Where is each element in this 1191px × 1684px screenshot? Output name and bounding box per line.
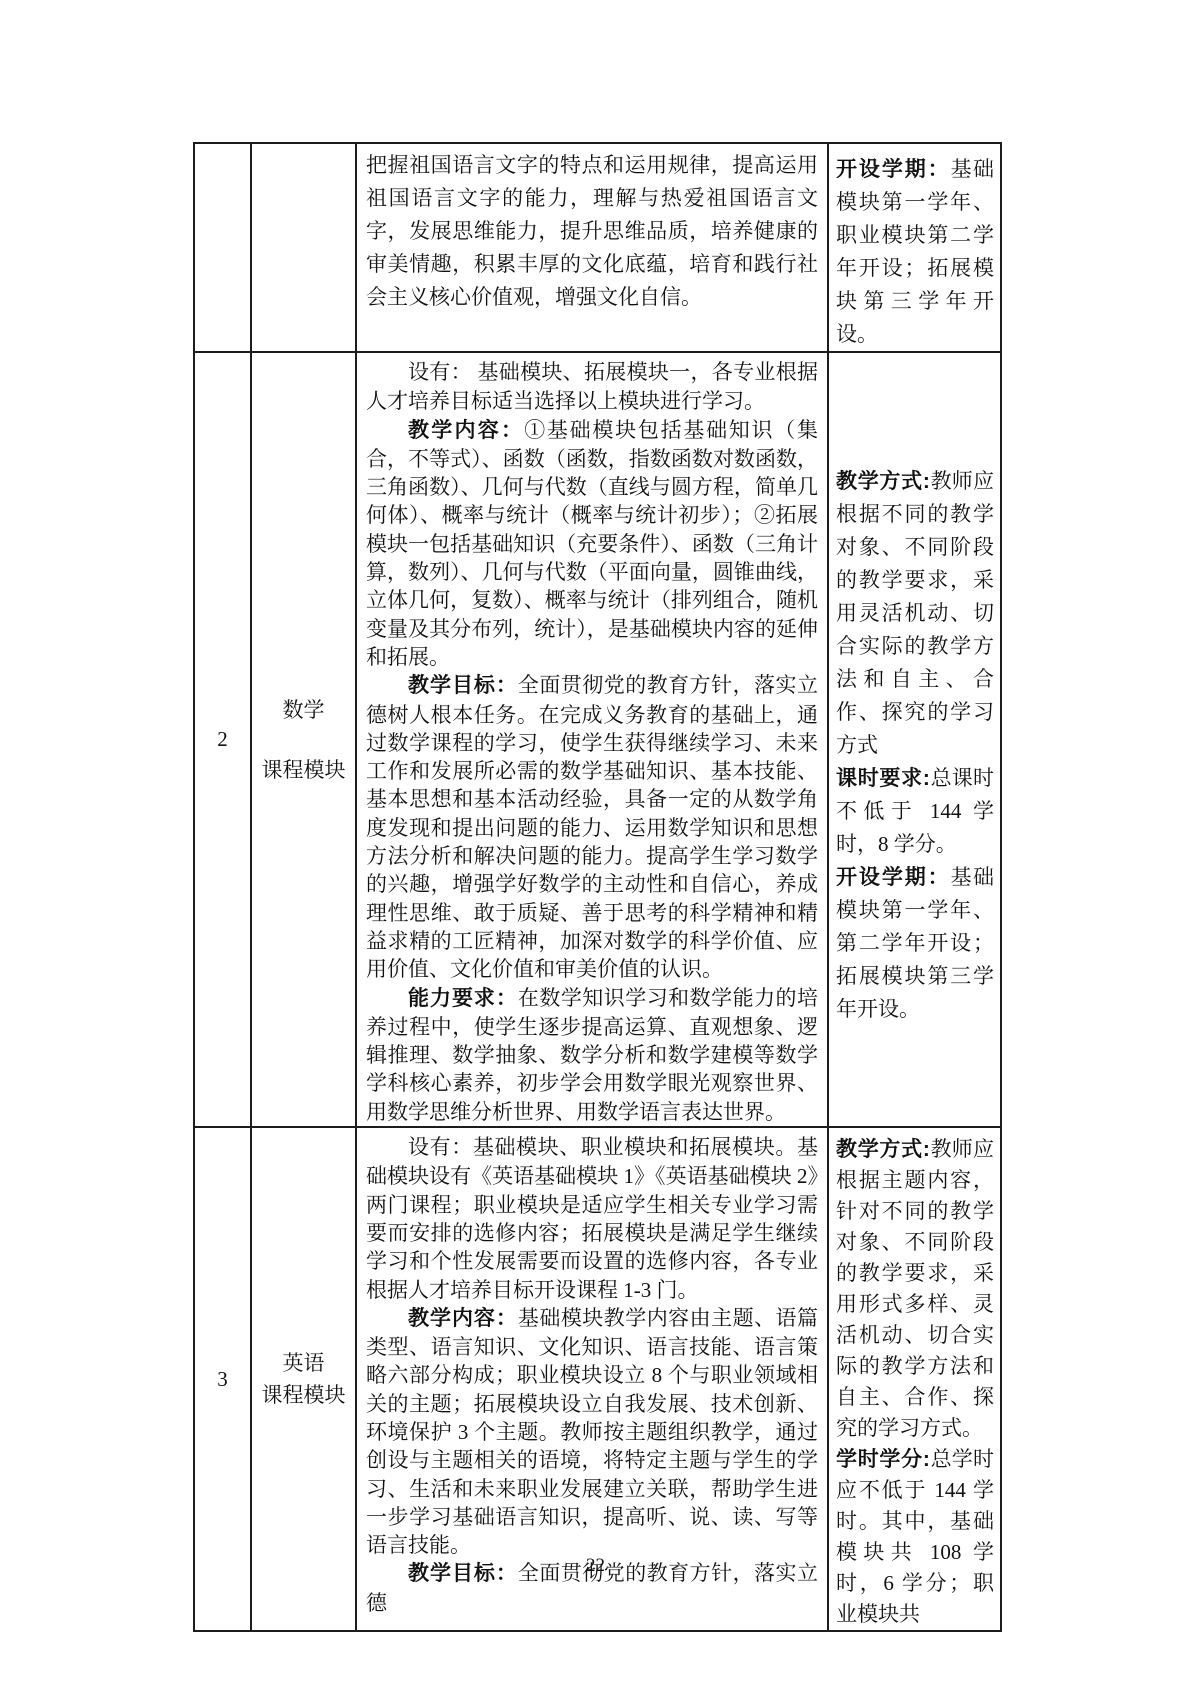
info-block: 学时学分:总学时应不低于 144 学时。其中，基础模块共 108 学时，6 学分… <box>836 1444 994 1630</box>
info-label: 开设学期： <box>836 158 951 181</box>
info-label: 教学方式: <box>836 470 930 493</box>
module-description-cell: 把握祖国语言文字的特点和运用规律，提高运用祖国语言文字的能力，理解与热爱祖国语言… <box>356 143 828 352</box>
paragraph-label: 能力要求： <box>408 987 518 1010</box>
info-label: 教学方式: <box>836 1138 930 1161</box>
module-name-cell <box>251 143 356 352</box>
info-block: 开设学期：基础模块第一学年、第二学年开设；拓展模块第三学年开设。 <box>836 861 994 1026</box>
page-number: 22 <box>0 1555 1191 1577</box>
info-label: 学时学分: <box>836 1448 930 1471</box>
module-name-line: 数学 <box>252 696 355 724</box>
description-paragraph: 能力要求：在数学知识学习和数学能力的培养过程中，使学生逐步提高运算、直观想象、逻… <box>366 984 818 1126</box>
table-row: 2 数学 课程模块 设有： 基础模块、拓展模块一，各专业根据人才培养目标适当选择… <box>194 352 1001 1127</box>
description-paragraph: 教学目标：全面贯彻党的教育方针，落实立德树人根本任务。在完成义务教育的基础上，通… <box>366 671 818 983</box>
course-table: 把握祖国语言文字的特点和运用规律，提高运用祖国语言文字的能力，理解与热爱祖国语言… <box>193 142 1002 1632</box>
module-name-cell: 数学 课程模块 <box>251 352 356 1127</box>
row-number: 3 <box>217 1367 228 1391</box>
info-block: 教学方式:教师应根据不同的教学对象、不同阶段的教学要求，采用灵活机动、切合实际的… <box>836 465 994 762</box>
row-number-cell <box>194 143 251 352</box>
table-row: 把握祖国语言文字的特点和运用规律，提高运用祖国语言文字的能力，理解与热爱祖国语言… <box>194 143 1001 352</box>
description-paragraph: 教学内容：基础模块教学内容由主题、语篇类型、语言知识、文化知识、语言技能、语言策… <box>366 1304 818 1560</box>
info-label: 课时要求: <box>836 767 930 790</box>
info-block: 教学方式:教师应根据主题内容，针对不同的教学对象、不同阶段的教学要求，采用形式多… <box>836 1134 994 1444</box>
description-paragraph: 教学内容：①基础模块包括基础知识（集合，不等式）、函数（函数，指数函数对数函数，… <box>366 416 818 672</box>
row-number: 2 <box>217 727 228 751</box>
module-name-line: 课程模块 <box>252 1381 355 1409</box>
info-text: 总学时应不低于 144 学时。其中，基础模块共 108 学时，6 学分；职业模块… <box>836 1447 994 1626</box>
paragraph-label: 教学目标： <box>408 674 518 697</box>
module-name-line: 课程模块 <box>252 756 355 784</box>
info-text: 教师应根据主题内容，针对不同的教学对象、不同阶段的教学要求，采用形式多样、灵活机… <box>836 1137 994 1440</box>
description-paragraph: 设有：基础模块、职业模块和拓展模块。基础模块设有《英语基础模块 1》《英语基础模… <box>366 1133 818 1304</box>
paragraph-text: 基础模块教学内容由主题、语篇类型、语言知识、文化知识、语言技能、语言策略六部分构… <box>366 1306 818 1557</box>
module-description-cell: 设有： 基础模块、拓展模块一，各专业根据人才培养目标适当选择以上模块进行学习。 … <box>356 352 828 1127</box>
paragraph-text: 设有： 基础模块、拓展模块一，各专业根据人才培养目标适当选择以上模块进行学习。 <box>366 360 818 413</box>
row-number-cell: 2 <box>194 352 251 1127</box>
info-label: 开设学期： <box>836 866 951 889</box>
info-text: 教师应根据不同的教学对象、不同阶段的教学要求，采用灵活机动、切合实际的教学方法和… <box>836 469 994 757</box>
document-page: 把握祖国语言文字的特点和运用规律，提高运用祖国语言文字的能力，理解与热爱祖国语言… <box>0 0 1191 1684</box>
paragraph-text: 全面贯彻党的教育方针，落实立德树人根本任务。在完成义务教育的基础上，通过数学课程… <box>366 673 818 981</box>
info-block: 课时要求:总课时不低于 144 学时，8 学分。 <box>836 762 994 861</box>
paragraph-text: 设有：基础模块、职业模块和拓展模块。基础模块设有《英语基础模块 1》《英语基础模… <box>366 1135 818 1301</box>
paragraph-text: ①基础模块包括基础知识（集合，不等式）、函数（函数，指数函数对数函数，三角函数）… <box>366 418 818 669</box>
description-paragraph: 把握祖国语言文字的特点和运用规律，提高运用祖国语言文字的能力，理解与热爱祖国语言… <box>366 149 818 314</box>
description-paragraph: 设有： 基础模块、拓展模块一，各专业根据人才培养目标适当选择以上模块进行学习。 <box>366 358 818 416</box>
paragraph-text: 把握祖国语言文字的特点和运用规律，提高运用祖国语言文字的能力，理解与热爱祖国语言… <box>366 153 818 309</box>
info-text: 基础模块第一学年、职业模块第二学年开设；拓展模块第三学年开设。 <box>836 157 994 346</box>
module-name-line: 英语 <box>252 1349 355 1377</box>
module-info-cell: 教学方式:教师应根据不同的教学对象、不同阶段的教学要求，采用灵活机动、切合实际的… <box>828 352 1001 1127</box>
info-block: 开设学期：基础模块第一学年、职业模块第二学年开设；拓展模块第三学年开设。 <box>836 153 994 351</box>
module-info-cell: 开设学期：基础模块第一学年、职业模块第二学年开设；拓展模块第三学年开设。 <box>828 143 1001 352</box>
paragraph-label: 教学内容： <box>408 1307 518 1330</box>
paragraph-label: 教学内容： <box>408 419 524 442</box>
